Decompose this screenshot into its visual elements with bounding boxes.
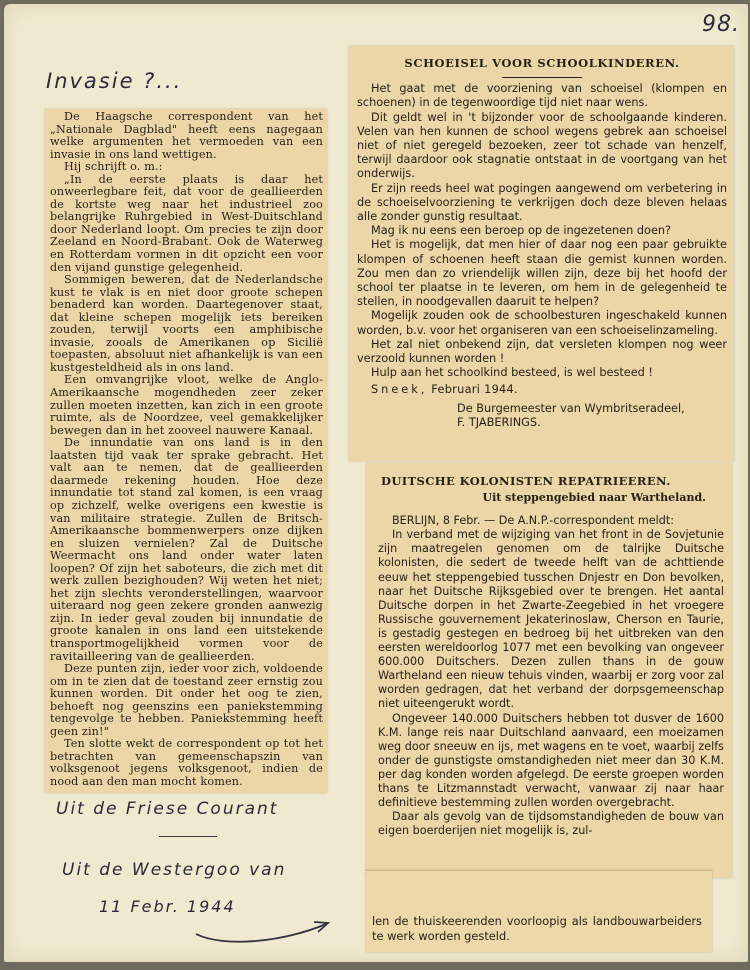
scrapbook-page: 98. Invasie ?... De Haagsche corresponde… [4, 4, 748, 962]
dateline-place: Sneek, [371, 383, 427, 396]
article-headline: SCHOEISEL VOOR SCHOOLKINDEREN. [357, 56, 727, 70]
article-paragraph: Dit geldt wel in 't bijzonder voor de sc… [357, 111, 727, 182]
article-paragraph: Ten slotte wekt de correspondent op tot … [50, 738, 323, 788]
article-paragraph: Hulp aan het schoolkind besteed, is wel … [357, 366, 727, 380]
headline-rule [502, 77, 582, 78]
article-paragraph: Het is mogelijk, dat men hier of daar no… [357, 238, 727, 309]
article-paragraph: BERLIJN, 8 Febr. — De A.N.P.-corresponde… [378, 514, 724, 528]
article-paragraph: Mogelijk zouden ook de schoolbesturen in… [357, 309, 727, 337]
article-paragraph: Sommigen beweren, dat de Nederlandsche k… [50, 274, 323, 374]
article-paragraph: Hij schrijft o. m.: [50, 161, 323, 174]
article-paragraph: De innundatie van ons land is in den laa… [50, 437, 323, 663]
colonists-article-clipping: DUITSCHE KOLONISTEN REPATRIEEREN. Uit st… [366, 463, 732, 878]
handwritten-divider [159, 836, 217, 837]
article-paragraph: In verband met de wijziging van het fron… [378, 528, 724, 711]
article-paragraph: „In de eerste plaats is daar het onweerl… [50, 174, 323, 274]
dateline: Sneek, Februari 1944. [357, 383, 727, 397]
article-paragraph: Mag ik nu eens een beroep op de ingezete… [357, 224, 727, 238]
handwritten-title: Invasie ?... [46, 69, 182, 93]
dateline-date: Februari 1944. [431, 383, 518, 396]
article-paragraph: Ongeveer 140.000 Duitschers hebben tot d… [378, 712, 724, 811]
article-paragraph: Het gaat met de voorziening van schoeise… [357, 82, 727, 110]
article-subheadline: Uit steppengebied naar Wartheland. [378, 491, 724, 505]
clipping-seam [366, 870, 712, 871]
signature-name: F. TJABERINGS. [357, 416, 727, 430]
article-headline: DUITSCHE KOLONISTEN REPATRIEEREN. [381, 474, 724, 488]
article-continuation-text: len de thuiskeerenden voorloopig als lan… [372, 914, 702, 944]
arrow-right-icon [194, 912, 334, 948]
signature-title: De Burgemeester van Wymbritseradeel, [357, 402, 727, 416]
article-paragraph: Een omvangrijke vloot, welke de Anglo-Am… [50, 374, 323, 437]
source-note-friese-courant: Uit de Friese Courant [56, 799, 278, 819]
colonists-article-continuation: len de thuiskeerenden voorloopig als lan… [366, 870, 712, 952]
invasion-article-clipping: De Haagsche correspondent van het „Natio… [45, 109, 327, 793]
article-paragraph: De Haagsche correspondent van het „Natio… [50, 111, 323, 161]
article-paragraph: Deze punten zijn, ieder voor zich, voldo… [50, 663, 323, 738]
article-paragraph: Er zijn reeds heel wat pogingen aangewen… [357, 182, 727, 225]
article-paragraph: Daar als gevolg van de tijdsomstandighed… [378, 810, 724, 838]
footwear-article-clipping: SCHOEISEL VOOR SCHOOLKINDEREN. Het gaat … [349, 46, 734, 461]
page-number: 98. [702, 12, 740, 37]
article-paragraph: Het zal niet onbekend zijn, dat verslete… [357, 338, 727, 366]
source-note-westergoo: Uit de Westergoo van [62, 860, 286, 880]
